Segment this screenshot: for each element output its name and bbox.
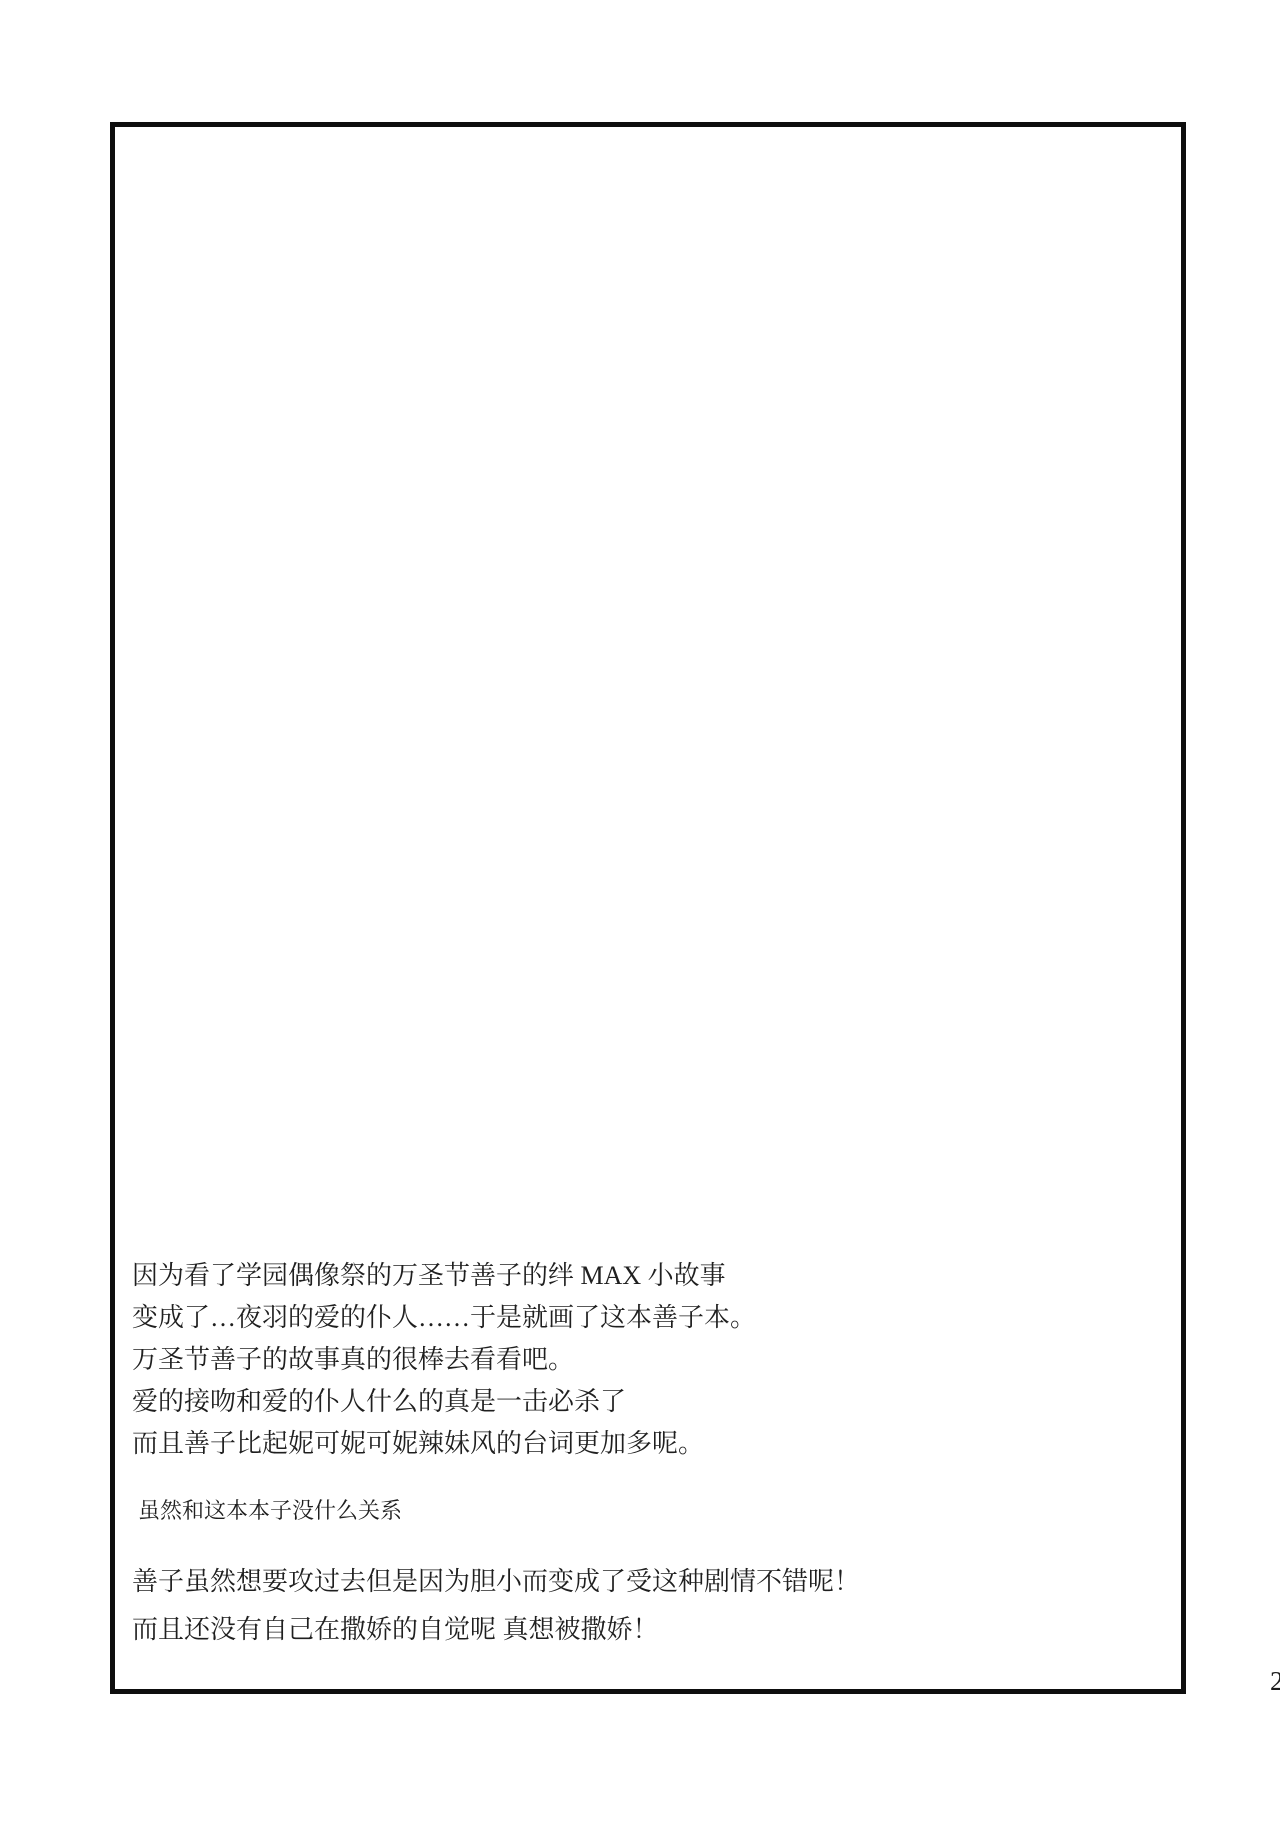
afterword-line-5: 而且善子比起妮可妮可妮辣妹风的台词更加多呢。 [132, 1423, 1152, 1465]
afterword-side-note: 虽然和这本本子没什么关系 [138, 1496, 1152, 1526]
afterword-line-4: 爱的接吻和爱的仆人什么的真是一击必杀了 [132, 1381, 1152, 1423]
afterword-text-block: 因为看了学园偶像祭的万圣节善子的绊 MAX 小故事 变成了…夜羽的爱的仆人……于… [132, 1255, 1152, 1654]
closing-line-2: 而且还没有自己在撒娇的自觉呢 真想被撒娇！ [132, 1606, 1152, 1654]
page-border-frame: 因为看了学园偶像祭的万圣节善子的绊 MAX 小故事 变成了…夜羽的爱的仆人……于… [110, 122, 1186, 1694]
page-number: 2 [1270, 1668, 1280, 1695]
afterword-line-3: 万圣节善子的故事真的很棒去看看吧。 [132, 1339, 1152, 1381]
afterword-line-1: 因为看了学园偶像祭的万圣节善子的绊 MAX 小故事 [132, 1255, 1152, 1297]
closing-line-1: 善子虽然想要攻过去但是因为胆小而变成了受这种剧情不错呢！ [132, 1558, 1152, 1606]
scanned-page: 因为看了学园偶像祭的万圣节善子的绊 MAX 小故事 变成了…夜羽的爱的仆人……于… [0, 0, 1280, 1829]
afterword-line-2: 变成了…夜羽的爱的仆人……于是就画了这本善子本。 [132, 1297, 1152, 1339]
afterword-main-paragraph: 因为看了学园偶像祭的万圣节善子的绊 MAX 小故事 变成了…夜羽的爱的仆人……于… [132, 1255, 1152, 1465]
afterword-closing-paragraph: 善子虽然想要攻过去但是因为胆小而变成了受这种剧情不错呢！ 而且还没有自己在撒娇的… [132, 1558, 1152, 1654]
